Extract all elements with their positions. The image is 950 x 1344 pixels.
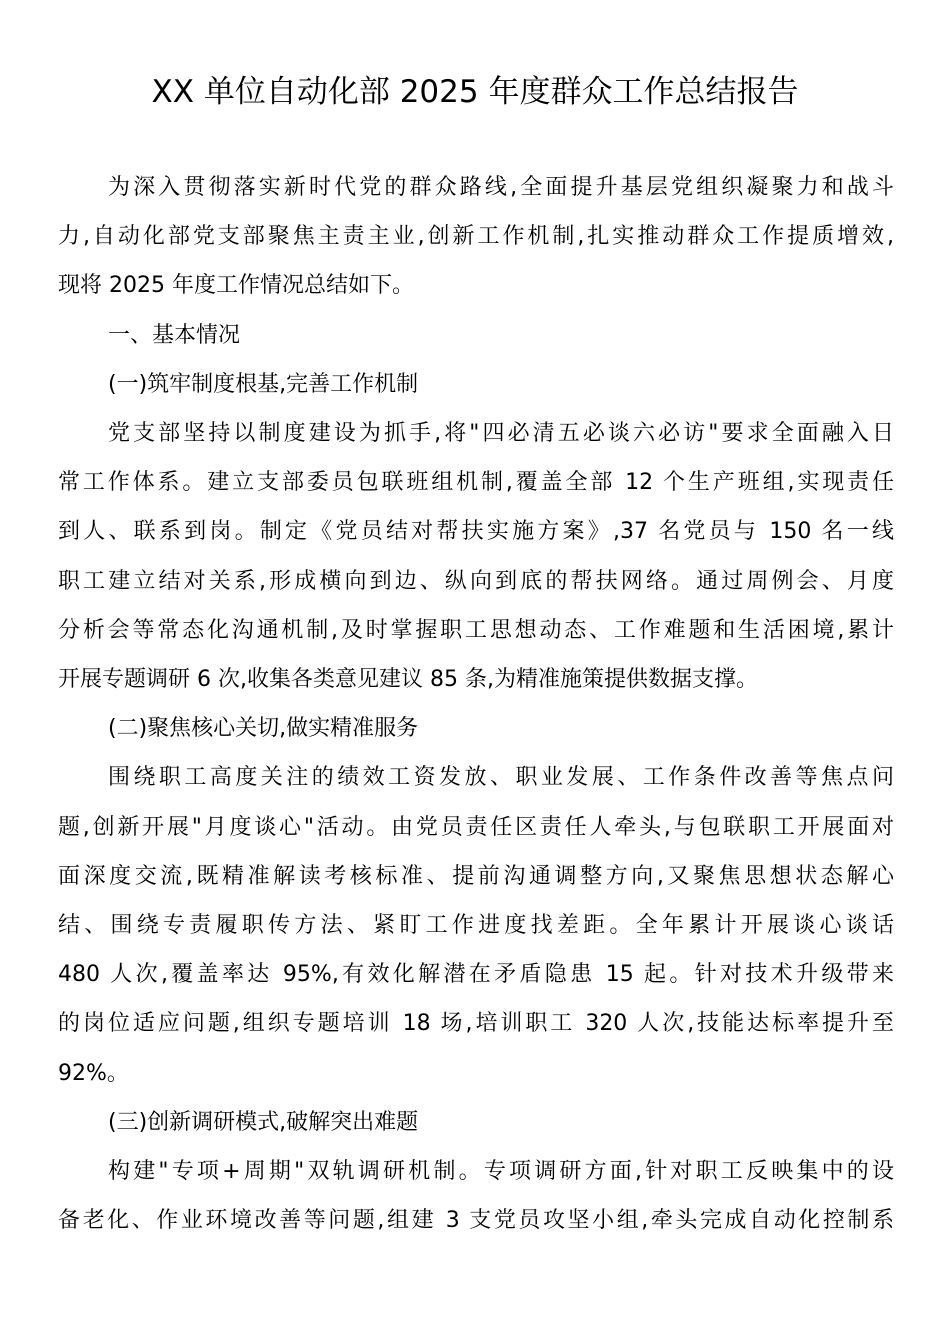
paragraph-line: 力,自动化部党支部聚焦主责主业,创新工作机制,扎实推动群众工作提质增效, bbox=[58, 221, 894, 253]
paragraph-line: 的岗位适应问题,组织专题培训 18 场,培训职工 320 人次,技能达标率提升至 bbox=[58, 1008, 894, 1040]
paragraph-line: 92%。 bbox=[58, 1058, 894, 1090]
paragraph-line: 职工建立结对关系,形成横向到边、纵向到底的帮扶网络。通过周例会、月度 bbox=[58, 566, 894, 598]
paragraph-line: 到人、联系到岗。制定《党员结对帮扶实施方案》,37 名党员与 150 名一线 bbox=[58, 516, 894, 548]
paragraph-line: (三)创新调研模式,破解突出难题 bbox=[108, 1107, 894, 1139]
paragraph-line: 党支部坚持以制度建设为抓手,将"四必清五必谈六必访"要求全面融入日 bbox=[108, 418, 894, 450]
paragraph-line: (二)聚焦核心关切,做实精准服务 bbox=[108, 713, 894, 745]
paragraph-line: 480 人次,覆盖率达 95%,有效化解潜在矛盾隐患 15 起。针对技术升级带来 bbox=[58, 959, 894, 991]
paragraph-line: 构建"专项+周期"双轨调研机制。专项调研方面,针对职工反映集中的设 bbox=[108, 1156, 894, 1188]
paragraph-line: 为深入贯彻落实新时代党的群众路线,全面提升基层党组织凝聚力和战斗 bbox=[108, 172, 894, 204]
document-title: XX 单位自动化部 2025 年度群众工作总结报告 bbox=[0, 70, 950, 114]
paragraph-line: 一、基本情况 bbox=[108, 320, 894, 352]
paragraph-line: (一)筑牢制度根基,完善工作机制 bbox=[108, 369, 894, 401]
paragraph-line: 常工作体系。建立支部委员包联班组机制,覆盖全部 12 个生产班组,实现责任 bbox=[58, 467, 894, 499]
paragraph-line: 面深度交流,既精准解读考核标准、提前沟通调整方向,又聚焦思想状态解心 bbox=[58, 861, 894, 893]
paragraph-line: 备老化、作业环境改善等问题,组建 3 支党员攻坚小组,牵头完成自动化控制系 bbox=[58, 1205, 894, 1237]
paragraph-line: 开展专题调研 6 次,收集各类意见建议 85 条,为精准施策提供数据支撑。 bbox=[58, 664, 894, 696]
paragraph-line: 分析会等常态化沟通机制,及时掌握职工思想动态、工作难题和生活困境,累计 bbox=[58, 615, 894, 647]
paragraph-line: 围绕职工高度关注的绩效工资发放、职业发展、工作条件改善等焦点问 bbox=[108, 762, 894, 794]
paragraph-line: 现将 2025 年度工作情况总结如下。 bbox=[58, 270, 894, 302]
paragraph-line: 结、围绕专责履职传方法、紧盯工作进度找差距。全年累计开展谈心谈话 bbox=[58, 910, 894, 942]
paragraph-line: 题,创新开展"月度谈心"活动。由党员责任区责任人牵头,与包联职工开展面对 bbox=[58, 812, 894, 844]
